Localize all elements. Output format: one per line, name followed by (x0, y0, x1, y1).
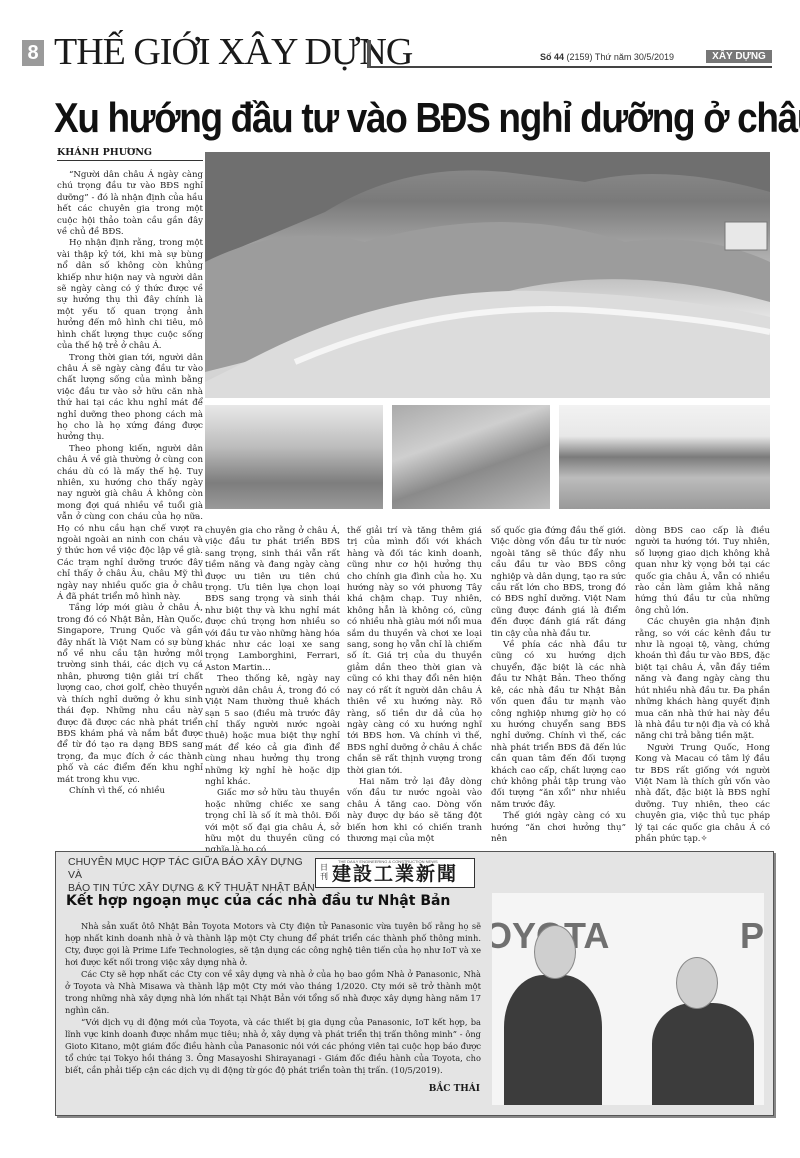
label-line-1: CHUYÊN MỤC HỢP TÁC GIỮA BÁO XÂY DỰNG VÀ (68, 856, 318, 882)
article-column-3: thế giải trí và tăng thêm giá trị của mì… (347, 526, 482, 845)
paragraph: Theo thống kê, ngày nay người dân châu Á… (205, 674, 340, 788)
paragraph: Nhà sản xuất ôtô Nhật Bản Toyota Motors … (65, 920, 481, 968)
paragraph: Chính vì thế, có nhiều (57, 786, 203, 797)
photo-backdrop-text-right: P (740, 915, 764, 957)
handshake-photo: OYOTA P (492, 893, 764, 1105)
partner-logo-small: 日刊 (320, 863, 328, 881)
paragraph: dòng BĐS cao cấp là điều người ta hướng … (635, 526, 770, 617)
resort-garden-image (205, 405, 383, 509)
header-rule (370, 66, 772, 68)
paragraph: thế giải trí và tăng thêm giá trị của mì… (347, 526, 482, 777)
article-headline: Xu hướng đầu tư vào BĐS nghỉ dưỡng ở châ… (54, 92, 688, 144)
aerial-resort-illustration (205, 152, 770, 398)
paragraph: Theo phong kiến, người dân châu Á về già… (57, 444, 203, 604)
paragraph: “Với dịch vụ di động mới của Toyota, và … (65, 1016, 481, 1076)
partner-column-label: CHUYÊN MỤC HỢP TÁC GIỮA BÁO XÂY DỰNG VÀ … (68, 856, 318, 895)
issue-date: (2159) Thứ năm 30/5/2019 (567, 52, 674, 62)
newspaper-logo: XÂY DỰNG (706, 50, 772, 63)
paragraph: Trong thời gian tới, người dân châu Á sẽ… (57, 353, 203, 444)
box-headline: Kết hợp ngoạn mục của các nhà đầu tư Nhậ… (66, 893, 450, 909)
issue-info: Số 44 (2159) Thứ năm 30/5/2019 (540, 52, 674, 62)
person-left-head (534, 925, 576, 979)
partner-newspaper-logo: THE DAILY ENGINEERING & CONSTRUCTION NEW… (315, 858, 475, 888)
paragraph: Các Cty sẽ hợp nhất các Cty con về xây d… (65, 968, 481, 1016)
article-column-1: “Người dân châu Á ngày càng chú trọng đầ… (57, 170, 203, 797)
partner-logo-text: 建設工業新聞 (332, 863, 458, 885)
paragraph: Về phía các nhà đầu tư cũng có xu hướng … (491, 640, 626, 811)
section-title: THẾ GIỚI XÂY DỰNG (54, 32, 412, 72)
person-right-head (676, 957, 718, 1009)
paragraph: Các chuyên gia nhận định rằng, so với cá… (635, 617, 770, 742)
article-column-4: số quốc gia đứng đầu thế giới. Việc dòng… (491, 526, 626, 845)
paragraph: số quốc gia đứng đầu thế giới. Việc dòng… (491, 526, 626, 640)
page-number: 8 (22, 40, 44, 66)
article-column-5: dòng BĐS cao cấp là điều người ta hướng … (635, 526, 770, 845)
article-column-2: chuyên gia cho rằng ở châu Á, việc đầu t… (205, 526, 340, 857)
article-byline: KHÁNH PHƯƠNG (57, 147, 203, 161)
paragraph: Hai năm trở lại đây dòng vốn đầu tư nước… (347, 777, 482, 845)
person-left (504, 975, 602, 1105)
paragraph: Giấc mơ sở hữu tàu thuyền hoặc những chi… (205, 788, 340, 856)
person-right (652, 1003, 754, 1105)
paragraph: chuyên gia cho rằng ở châu Á, việc đầu t… (205, 526, 340, 674)
aerial-resort-image (205, 152, 770, 398)
paragraph: Thế giới ngày càng có xu hướng “ăn chơi … (491, 811, 626, 845)
title-divider (367, 40, 371, 68)
box-author: BẮC THÁI (370, 1084, 480, 1094)
paragraph: Họ nhận định rằng, trong một vài thập kỷ… (57, 238, 203, 352)
issue-number: Số 44 (540, 52, 564, 62)
coastal-hotel-image (559, 405, 770, 509)
box-body: Nhà sản xuất ôtô Nhật Bản Toyota Motors … (65, 920, 481, 1076)
paragraph: “Người dân châu Á ngày càng chú trọng đầ… (57, 170, 203, 238)
resort-river-image (392, 405, 550, 509)
paragraph: Tầng lớp mới giàu ở châu Á, trong đó có … (57, 603, 203, 786)
paragraph: Người Trung Quốc, Hong Kong và Macau có … (635, 743, 770, 846)
